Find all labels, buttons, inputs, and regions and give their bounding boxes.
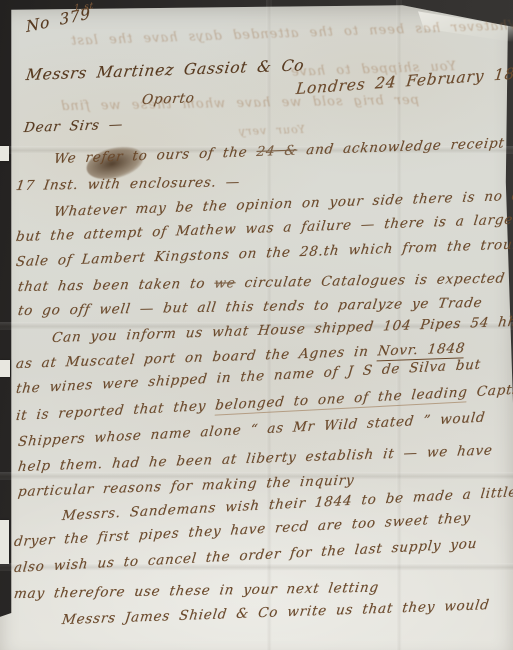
edge-tab <box>0 146 9 161</box>
struck-text: we <box>213 275 236 291</box>
edge-tab <box>0 360 10 377</box>
addressee-place: Oporto <box>141 90 196 108</box>
body-text: Capts <box>476 382 513 400</box>
edge-tab <box>0 520 9 564</box>
photo-backdrop: Whatever has been to the attended days h… <box>0 0 513 650</box>
ink-showthrough-line: Your very <box>238 123 305 138</box>
body-text: that has been taken to <box>17 276 206 295</box>
struck-text: 24 & <box>255 142 298 159</box>
